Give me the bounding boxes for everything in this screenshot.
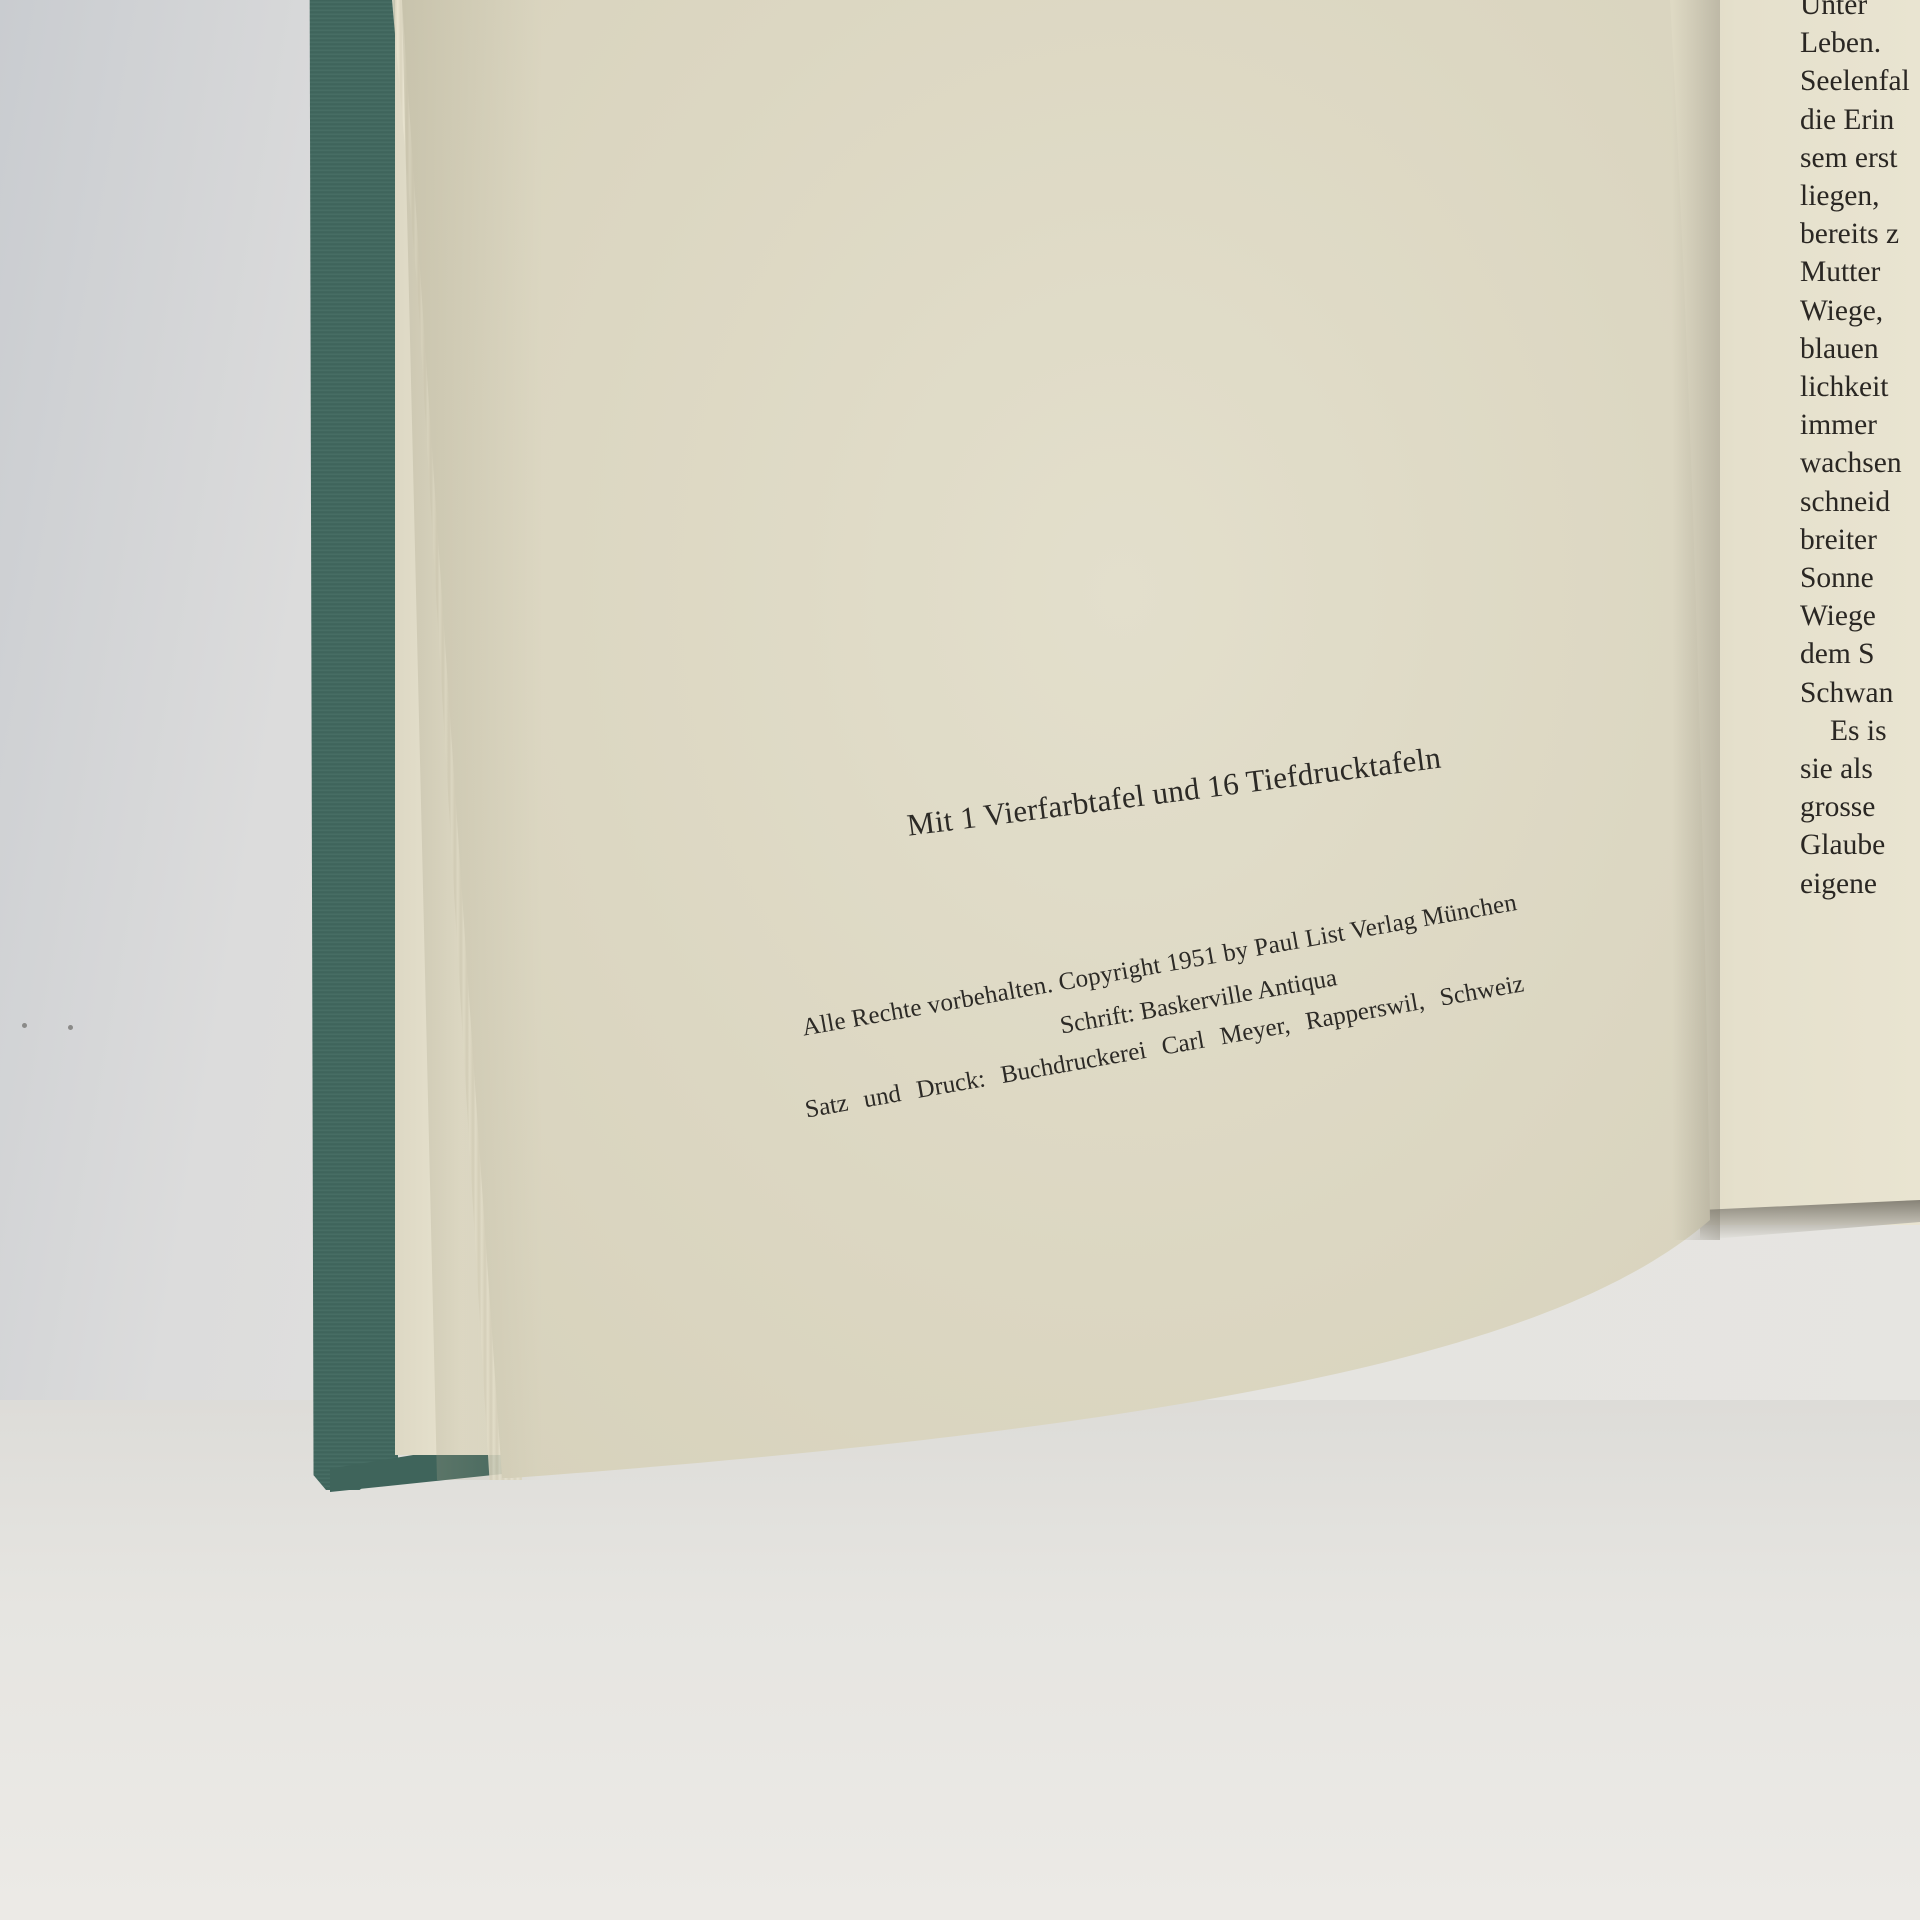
- text-line: die Erin: [1800, 101, 1920, 139]
- text-line: wachsen: [1800, 444, 1920, 482]
- dust-speck: [22, 1023, 27, 1028]
- text-line: eigene: [1800, 865, 1920, 903]
- table-surface: [0, 1400, 1920, 1920]
- text-line: Mutter: [1800, 253, 1920, 291]
- text-line: liegen,: [1800, 177, 1920, 215]
- text-line: Glaube: [1800, 826, 1920, 864]
- text-line: Sonne: [1800, 559, 1920, 597]
- text-line: Es is: [1800, 712, 1920, 750]
- text-line: dem S: [1800, 635, 1920, 673]
- text-line: Wiege,: [1800, 292, 1920, 330]
- text-line: Unter: [1800, 0, 1920, 24]
- text-line: schneid: [1800, 483, 1920, 521]
- text-line: lichkeit: [1800, 368, 1920, 406]
- text-line: grosse: [1800, 788, 1920, 826]
- dust-speck: [68, 1025, 73, 1030]
- text-line: Wiege: [1800, 597, 1920, 635]
- text-line: blauen: [1800, 330, 1920, 368]
- text-line: bereits z: [1800, 215, 1920, 253]
- text-line: immer: [1800, 406, 1920, 444]
- text-line: Seelenfal: [1800, 62, 1920, 100]
- text-line: sie als: [1800, 750, 1920, 788]
- imprint-page: [402, 0, 1712, 1480]
- page-rim-shadow: [1560, 0, 1720, 1240]
- facing-page-text: Unter Leben. Seelenfal die Erin sem erst…: [1800, 0, 1920, 903]
- book-cover-spine: [302, 0, 398, 1490]
- text-line: breiter: [1800, 521, 1920, 559]
- text-line: sem erst: [1800, 139, 1920, 177]
- text-line: Leben.: [1800, 24, 1920, 62]
- text-line: Schwan: [1800, 674, 1920, 712]
